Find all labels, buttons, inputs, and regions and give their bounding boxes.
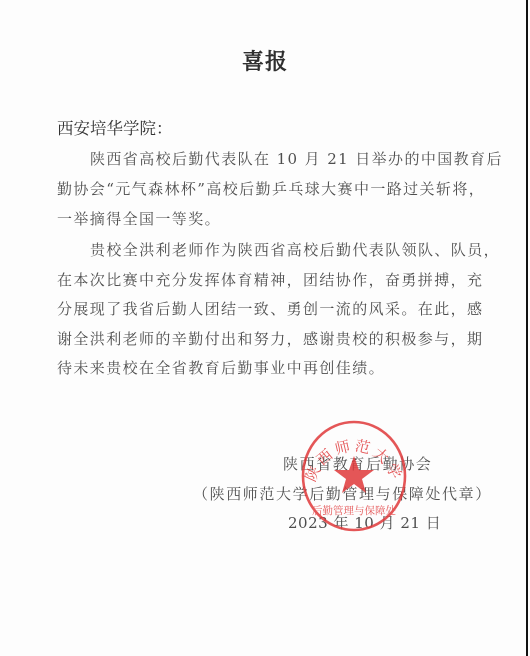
document-page: 喜报 西安培华学院： 陕西省高校后勤代表队在 10 月 21 日举办的中国教育后… (0, 0, 528, 656)
signature-date: 2023 年 10 月 21 日 (288, 513, 441, 533)
document-title: 喜报 (0, 49, 530, 77)
paragraph-line: 谢全洪利老师的辛勤付出和努力，感谢贵校的积极参与，期 (57, 329, 483, 349)
paragraph-line: 分展现了我省后勤人团结一致、勇创一流的风采。在此，感 (57, 299, 483, 319)
paragraph-line: 一举摘得全国一等奖。 (57, 209, 221, 229)
paragraph-line: 贵校全洪利老师作为陕西省高校后勤代表队领队、队员， (90, 240, 500, 260)
paragraph-line: 在本次比赛中充分发挥体育精神，团结协作，奋勇拼搏，充 (57, 270, 483, 290)
signature-organization: 陕西省教育后勤协会 (283, 454, 432, 474)
paragraph-line: 勤协会“元气森林杯”高校后勤乒乓球大赛中一路过关斩将， (57, 179, 485, 199)
paragraph-line: 待未来贵校在全省教育后勤事业中再创佳绩。 (57, 358, 385, 378)
salutation: 西安培华学院： (57, 117, 173, 141)
paragraph-line: 陕西省高校后勤代表队在 10 月 21 日举办的中国教育后 (90, 149, 503, 169)
page-edge-border (526, 0, 528, 656)
signature-proxy-note: （陕西师范大学后勤管理与保障处代章） (193, 484, 492, 504)
